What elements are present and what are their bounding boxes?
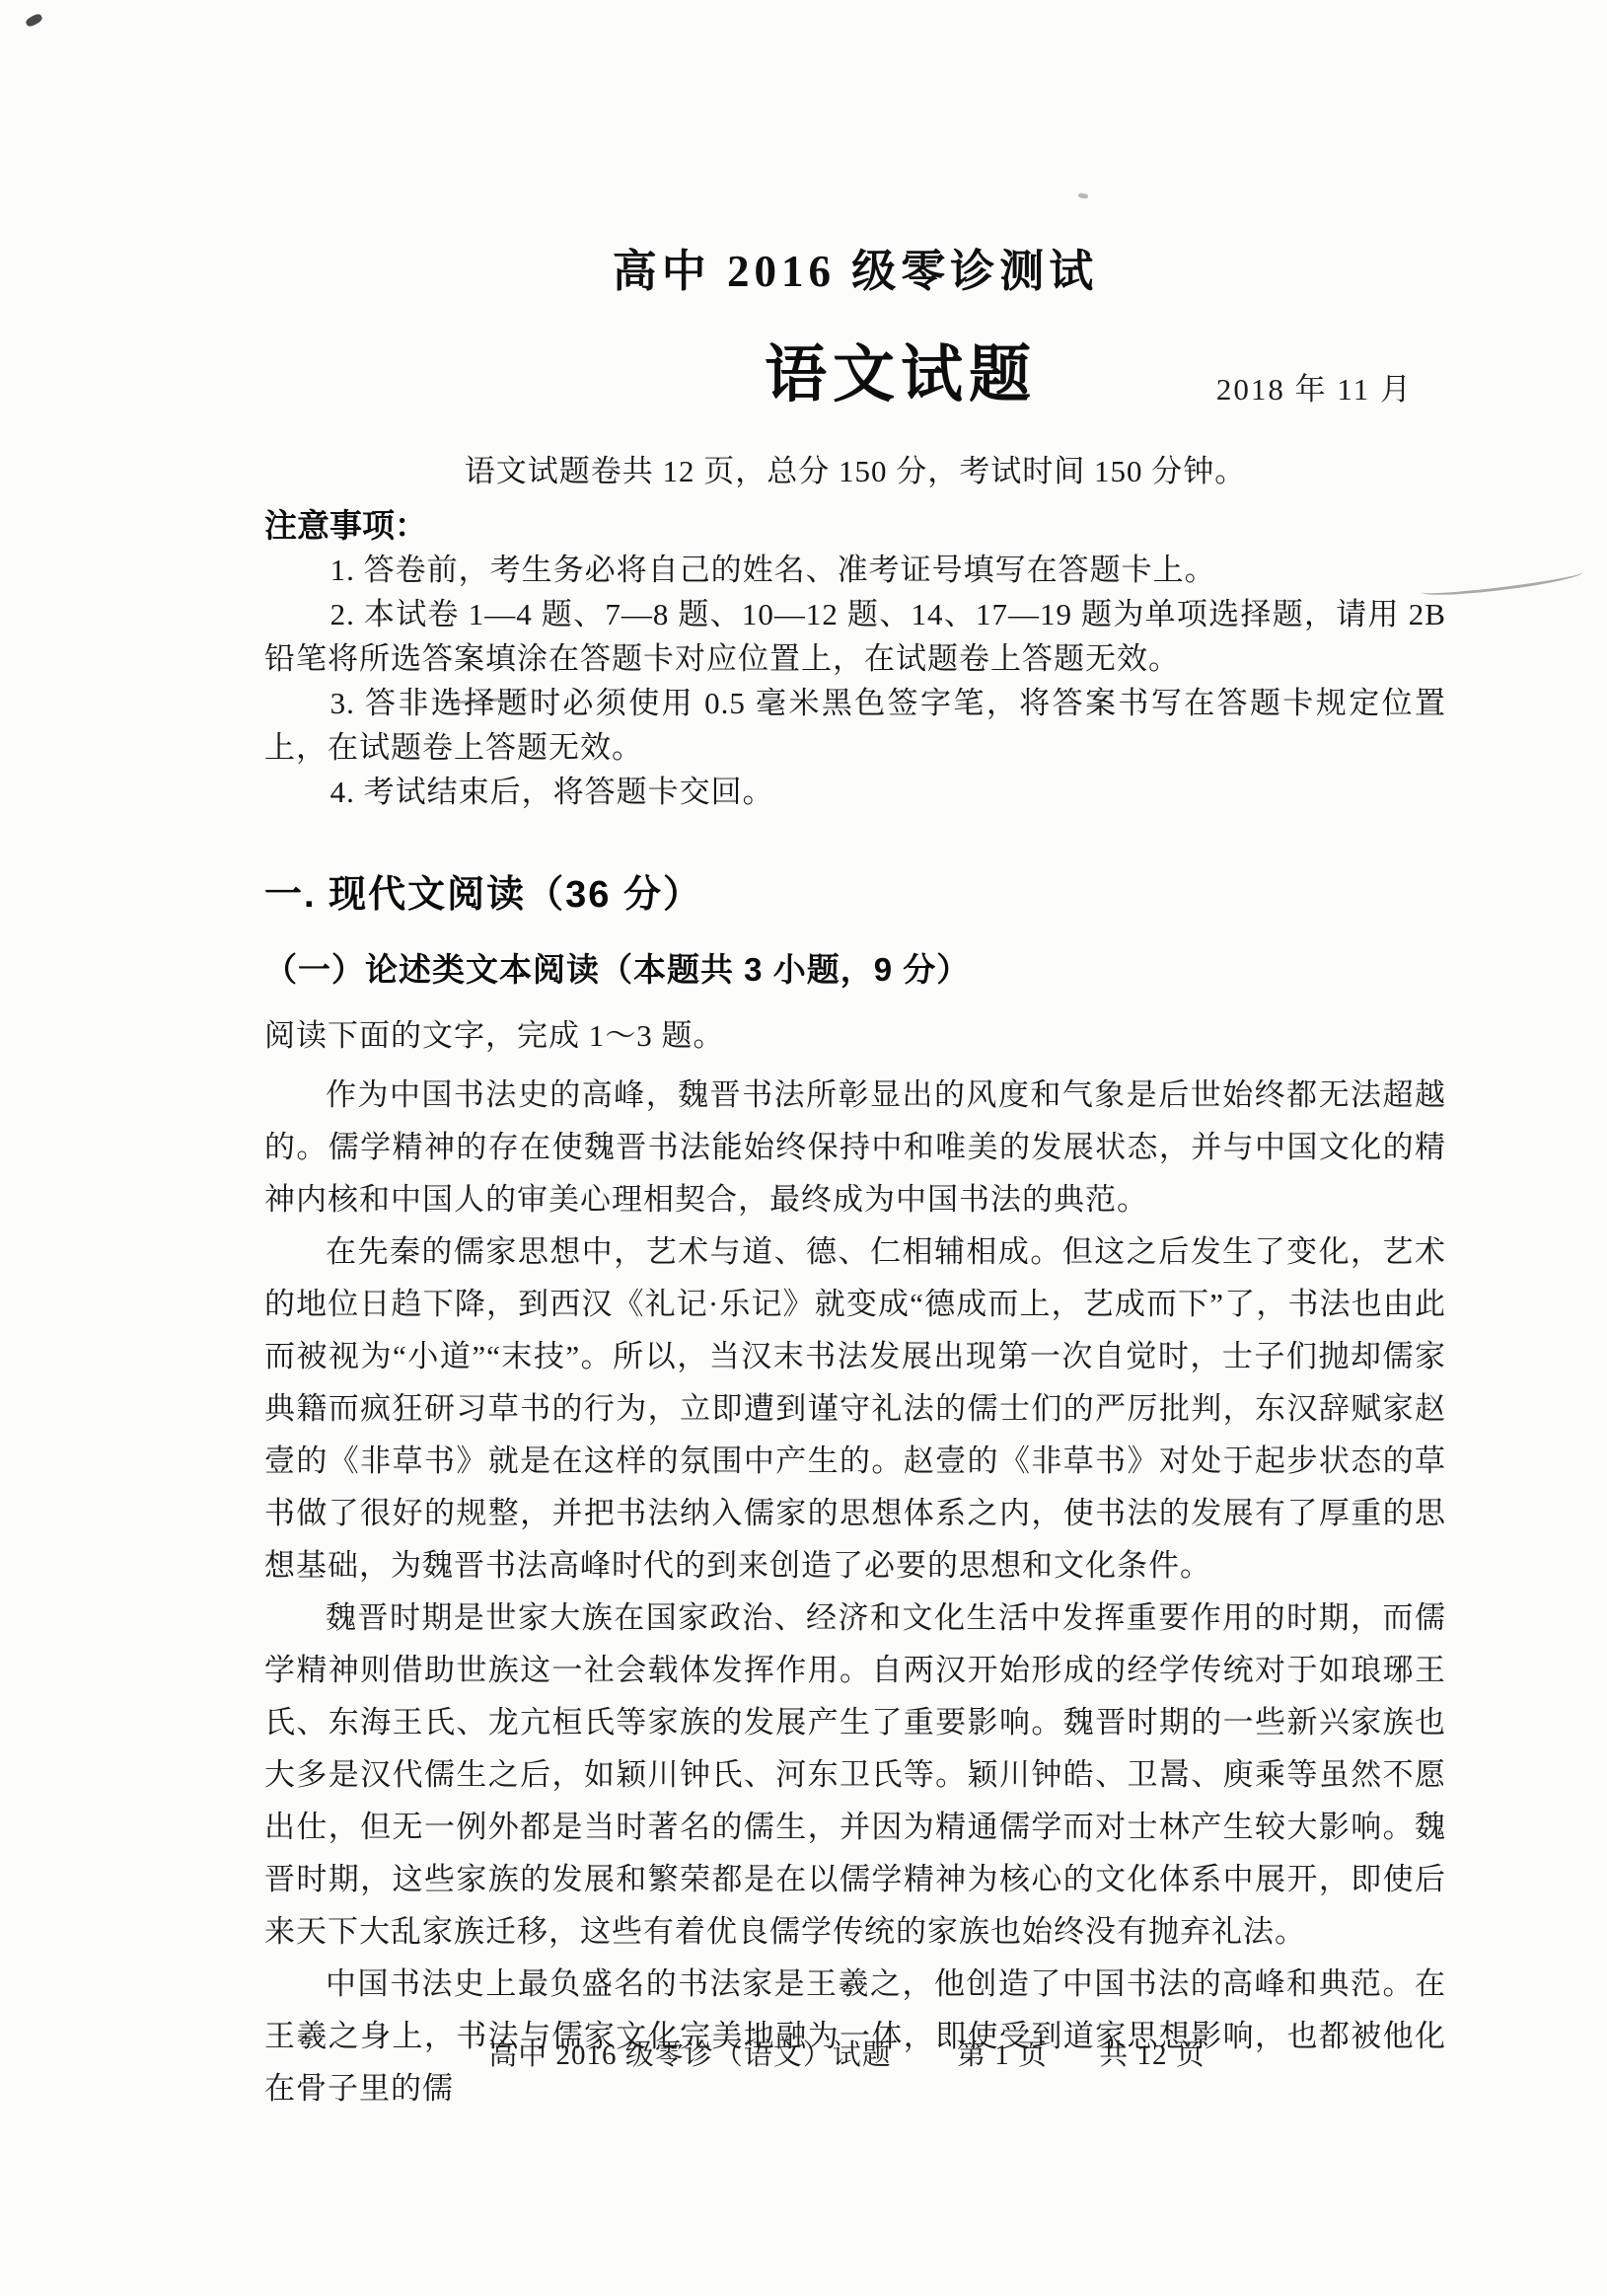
exam-paper-page: 高中 2016 级零诊测试 语文试题 2018 年 11 月 语文试题卷共 12…: [0, 0, 1607, 2296]
reading-instruction: 阅读下面的文字，完成 1～3 题。: [264, 1013, 1446, 1059]
page-footer: 高中 2016 级零诊（语文）试题 第 1 页 共 12 页: [0, 2033, 1607, 2073]
passage-paragraph: 魏晋时期是世家大族在国家政治、经济和文化生活中发挥重要作用的时期，而儒学精神则借…: [264, 1592, 1446, 1958]
footer-total-pages: 共 12 页: [1099, 2039, 1205, 2071]
exam-info-line: 语文试题卷共 12 页，总分 150 分，考试时间 150 分钟。: [264, 446, 1446, 490]
subtitle-row: 语文试题 2018 年 11 月: [264, 337, 1446, 416]
footer-page-number: 第 1 页: [957, 2039, 1048, 2071]
exam-date: 2018 年 11 月: [1216, 364, 1413, 408]
scan-speckle: [25, 13, 43, 29]
exam-title: 高中 2016 级零诊测试: [264, 245, 1446, 298]
passage-paragraph: 在先秦的儒家思想中，艺术与道、德、仁相辅相成。但这之后发生了变化，艺术的地位日趋…: [264, 1225, 1446, 1592]
section-heading: 一. 现代文阅读（36 分）: [264, 871, 1446, 919]
notice-list: 1. 答卷前，考生务必将自己的姓名、准考证号填写在答题卡上。 2. 本试卷 1—…: [264, 548, 1446, 814]
notice-item: 2. 本试卷 1—4 题、7—8 题、10—12 题、14、17—19 题为单项…: [264, 592, 1446, 681]
page-content: 高中 2016 级零诊测试 语文试题 2018 年 11 月 语文试题卷共 12…: [264, 0, 1446, 2114]
notice-item: 4. 考试结束后，将答题卡交回。: [264, 770, 1446, 814]
notice-item: 3. 答非选择题时必须使用 0.5 毫米黑色签字笔，将答案书写在答题卡规定位置上…: [264, 681, 1446, 770]
reading-passage: 作为中国书法史的高峰，魏晋书法所彰显出的风度和气象是后世始终都无法超越的。儒学精…: [264, 1069, 1446, 2114]
passage-paragraph: 作为中国书法史的高峰，魏晋书法所彰显出的风度和气象是后世始终都无法超越的。儒学精…: [264, 1069, 1446, 1225]
notice-heading: 注意事项：: [264, 504, 1446, 548]
subsection-heading: （一）论述类文本阅读（本题共 3 小题，9 分）: [264, 948, 1446, 992]
footer-exam-label: 高中 2016 级零诊（语文）试题: [488, 2039, 892, 2071]
exam-subtitle: 语文试题: [765, 337, 1037, 412]
notice-item: 1. 答卷前，考生务必将自己的姓名、准考证号填写在答题卡上。: [264, 548, 1446, 592]
